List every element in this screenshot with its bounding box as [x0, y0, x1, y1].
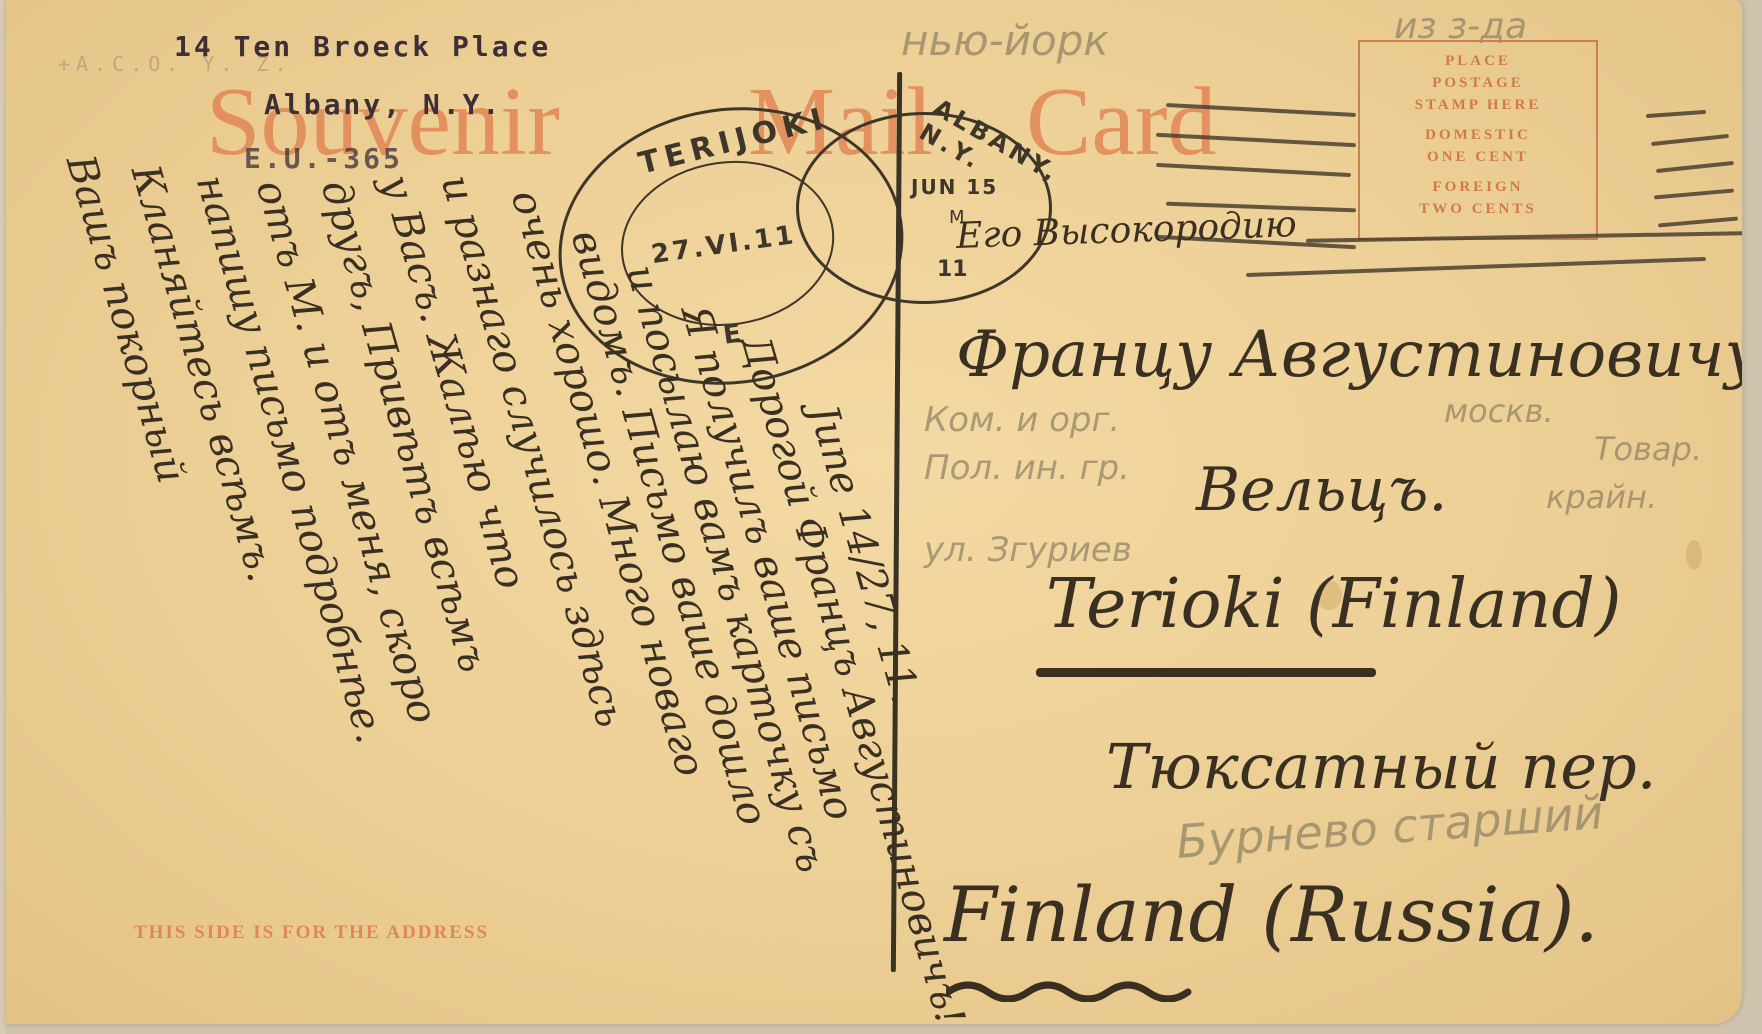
- stamp-text: PLACE: [1360, 50, 1596, 72]
- pencil-note: москв.: [1444, 392, 1554, 430]
- sender-code: E.U.-365: [244, 142, 403, 175]
- stamp-text: FOREIGN: [1360, 176, 1596, 198]
- pencil-note: ул. Згуриев: [924, 530, 1132, 570]
- wavy-underline: [946, 976, 1206, 1002]
- stamp-text: POSTAGE: [1360, 72, 1596, 94]
- pencil-note: Ком. и орг.: [924, 400, 1120, 440]
- stamp-text: STAMP HERE: [1360, 94, 1596, 116]
- address-line: Terioki (Finland): [1046, 565, 1621, 644]
- pencil-note: Пол. ин. гр.: [924, 448, 1130, 488]
- stamp-text: DOMESTIC: [1360, 124, 1596, 146]
- underline: [1036, 668, 1376, 677]
- postcard: +A.C.O. Y. Z. Souvenir Mail Card 14 Ten …: [6, 0, 1742, 1024]
- pencil-note: нью-йорк: [901, 16, 1109, 65]
- footer-note: THIS SIDE IS FOR THE ADDRESS: [134, 922, 489, 944]
- sender-street: 14 Ten Broeck Place: [174, 30, 551, 63]
- stamp-box: PLACE POSTAGE STAMP HERE DOMESTIC ONE CE…: [1358, 40, 1598, 240]
- address-line: Францу Августиновичу: [956, 318, 1742, 392]
- postmark-albany: ALBANY, N.Y. JUN 15 M 11: [796, 112, 1052, 304]
- postmark-date: JUN 15: [911, 175, 998, 199]
- postmark-year: 11: [937, 257, 968, 282]
- address-line: Тюксатный пер.: [1106, 730, 1656, 803]
- pencil-note: крайн.: [1546, 478, 1657, 516]
- pencil-note: Товар.: [1594, 430, 1702, 468]
- stamp-text: ONE CENT: [1360, 146, 1596, 168]
- address-line: Finland (Russia).: [944, 870, 1599, 959]
- address-line: Вельцъ.: [1196, 455, 1447, 525]
- stain: [1686, 540, 1702, 570]
- sender-city: Albany, N.Y.: [264, 88, 502, 121]
- stamp-text: TWO CENTS: [1360, 198, 1596, 220]
